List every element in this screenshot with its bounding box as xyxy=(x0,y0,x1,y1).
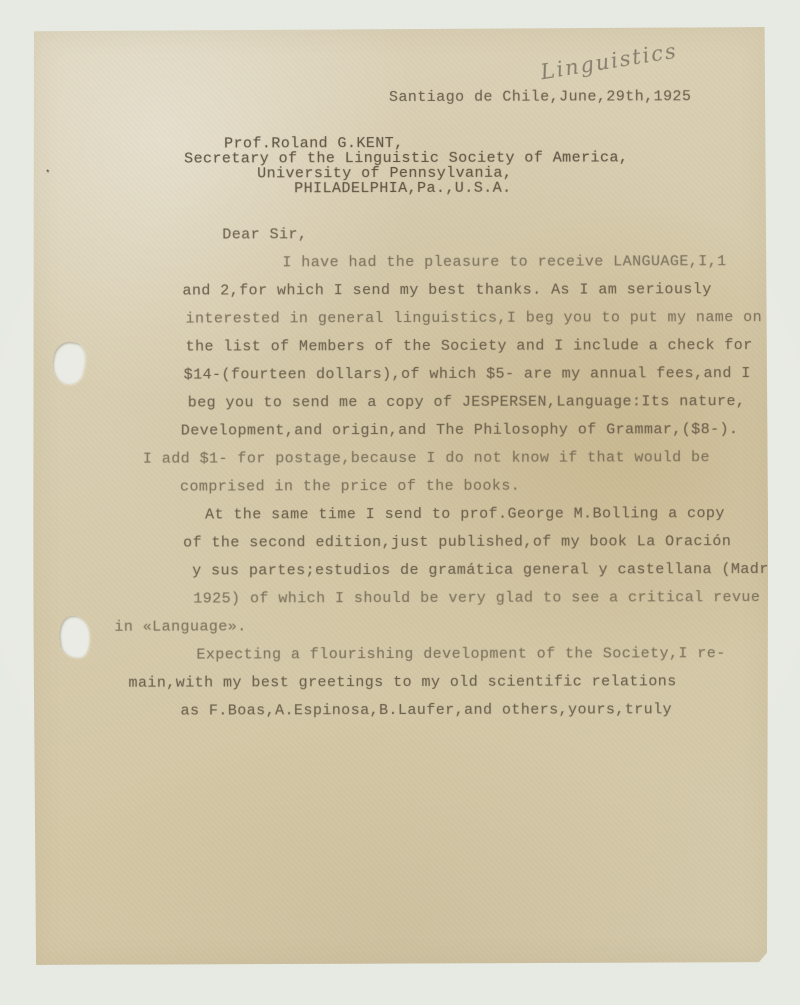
body-line: y sus partes;estudios de gramática gener… xyxy=(192,562,787,580)
body-line: interested in general linguistics,I beg … xyxy=(186,310,763,328)
body-line: beg you to send me a copy of JESPERSEN,L… xyxy=(188,394,746,411)
body-line: At the same time I send to prof.George M… xyxy=(205,506,725,523)
typed-text-layer: Santiago de Chile,June,29th,1925 Prof.Ro… xyxy=(32,27,769,965)
scanned-letter-photo: { "document": { "annotation": "Linguisti… xyxy=(0,0,800,1005)
body-line: comprised in the price of the books. xyxy=(180,479,520,496)
body-line: 1925) of which I should be very glad to … xyxy=(193,590,760,607)
body-line: the list of Members of the Society and I… xyxy=(186,338,753,355)
body-line: as F.Boas,A.Espinosa,B.Laufer,and others… xyxy=(181,702,673,719)
date-line: Santiago de Chile,June,29th,1925 xyxy=(389,89,691,106)
body-line: Expecting a flourishing development of t… xyxy=(196,646,725,663)
body-line: main,with my best greetings to my old sc… xyxy=(128,674,676,691)
body-line: I have had the pleasure to receive LANGU… xyxy=(282,254,726,271)
body-line: $14-(fourteen dollars),of which $5- are … xyxy=(184,366,751,383)
recipient-line: PHILADELPHIA,Pa.,U.S.A. xyxy=(294,181,511,198)
letter-page: Linguistics * Santiago de Chile,June,29t… xyxy=(32,27,769,965)
body-line: Development,and origin,and The Philosoph… xyxy=(181,422,739,439)
body-line: and 2,for which I send my best thanks. A… xyxy=(182,282,711,299)
body-line: I add $1- for postage,because I do not k… xyxy=(143,450,710,467)
body-line: of the second edition,just published,of … xyxy=(183,534,731,551)
body-line: in «Language». xyxy=(114,619,246,635)
salutation: Dear Sir, xyxy=(222,227,307,243)
